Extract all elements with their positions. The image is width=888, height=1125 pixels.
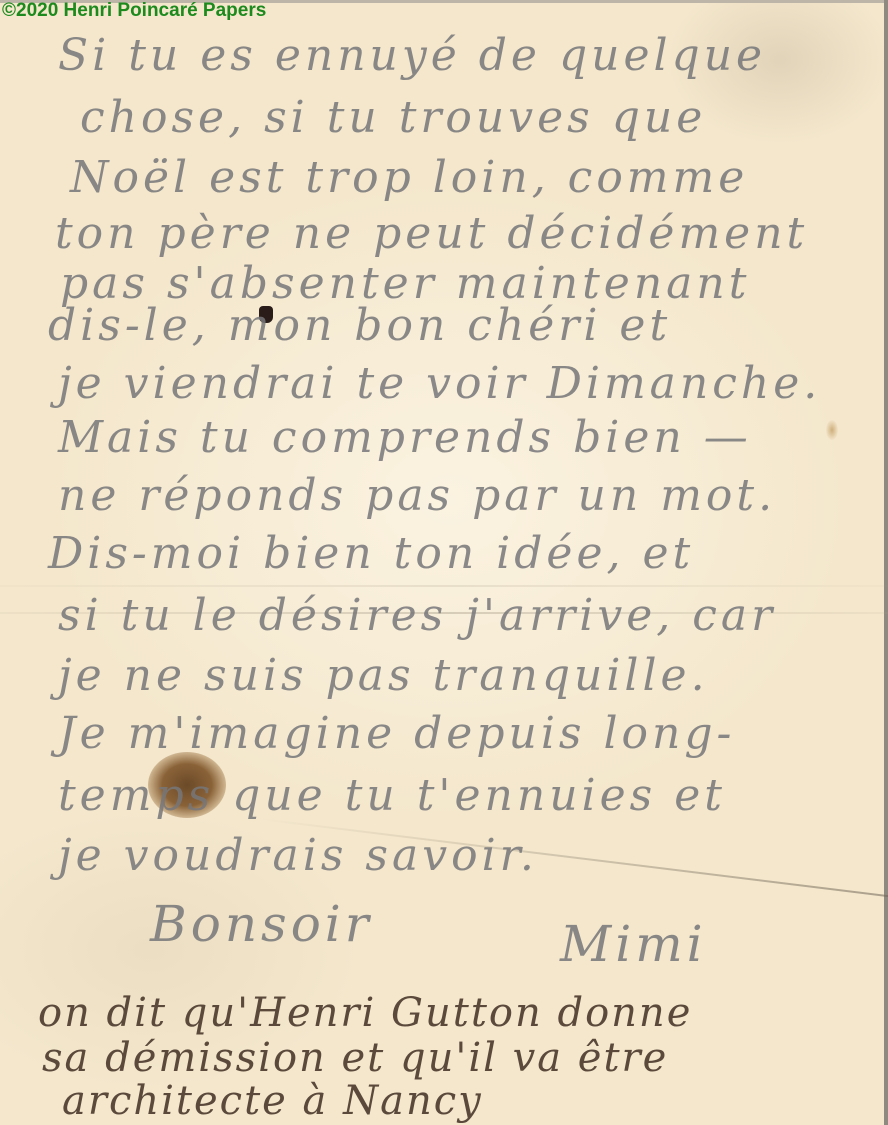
letter-line: Dis-moi bien ton idée, et	[48, 528, 694, 579]
letter-line: temps que tu t'ennuies et	[58, 770, 726, 821]
letter-line: Si tu es ennuyé de quelque	[58, 30, 766, 81]
letter-line: je voudrais savoir.	[58, 830, 538, 881]
letter-line: je viendrai te voir Dimanche.	[58, 358, 821, 409]
letter-signature: Mimi	[560, 915, 707, 973]
postscript-line: on dit qu'Henri Gutton donne	[38, 990, 692, 1036]
letter-line: Je m'imagine depuis long-	[58, 708, 735, 759]
letter-line: Noël est trop loin, comme	[70, 152, 748, 203]
letter-line: Mais tu comprends bien —	[58, 412, 752, 463]
copyright-watermark: ©2020 Henri Poincaré Papers	[2, 0, 266, 22]
letter-line: chose, si tu trouves que	[80, 92, 706, 143]
small-stain	[826, 420, 838, 440]
letter-page: ©2020 Henri Poincaré Papers Si tu es enn…	[0, 0, 888, 1125]
letter-line: dis-le, mon bon chéri et	[48, 300, 671, 351]
postscript-line: architecte à Nancy	[62, 1078, 483, 1124]
letter-line: si tu le désires j'arrive, car	[58, 590, 776, 641]
letter-line: je ne suis pas tranquille.	[58, 650, 709, 701]
letter-line: ne réponds pas par un mot.	[58, 470, 776, 521]
fold-line-faint	[0, 585, 888, 587]
letter-line: ton père ne peut décidément	[55, 208, 808, 259]
page-right-edge	[884, 0, 888, 1125]
letter-closing: Bonsoir	[150, 895, 373, 953]
postscript-line: sa démission et qu'il va être	[42, 1035, 668, 1081]
